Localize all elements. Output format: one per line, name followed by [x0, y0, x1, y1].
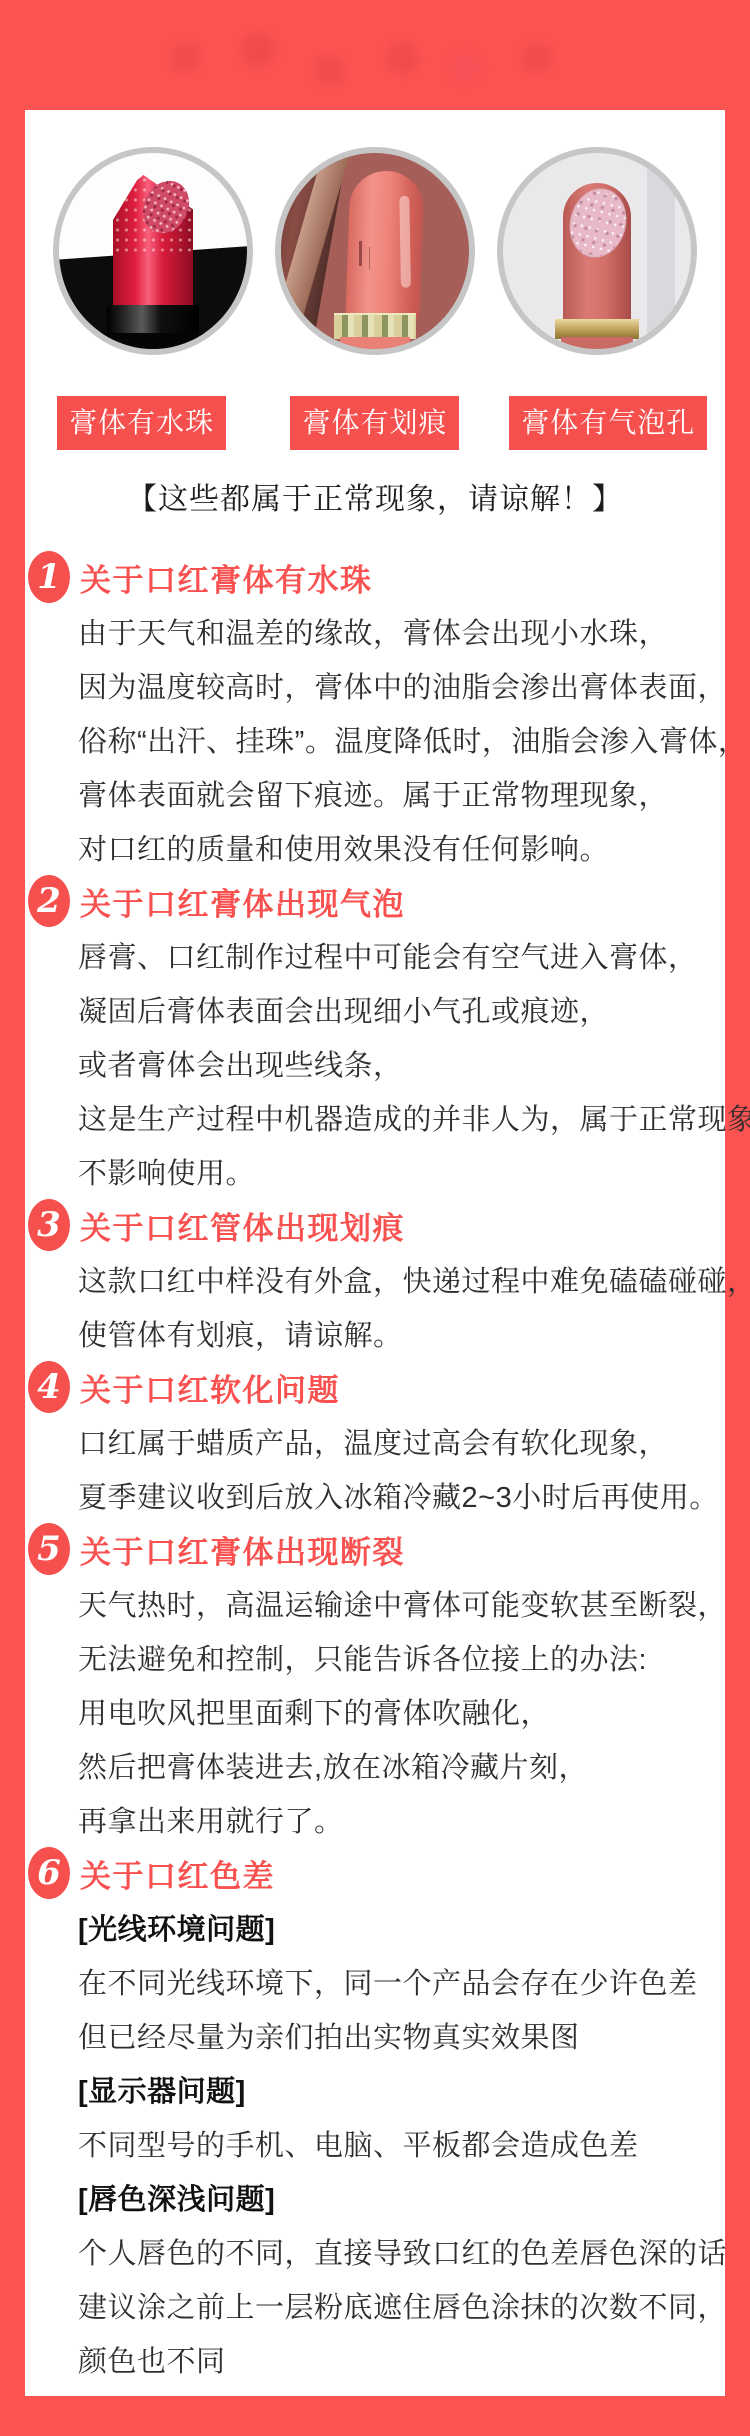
defect-photo-row	[25, 110, 725, 355]
section-1-title: 关于口红膏体有水珠	[80, 555, 373, 600]
defect-label-air-bubbles: 膏体有气泡孔	[509, 396, 707, 450]
body-line: 这是生产过程中机器造成的并非人为，属于正常现象，	[25, 1090, 725, 1144]
subhead-line: [显示器问题]	[25, 2062, 725, 2116]
lipstick-metal-ring	[334, 313, 416, 339]
faint-watermark	[150, 22, 600, 102]
body-line: 对口红的质量和使用效果没有任何影响。	[25, 820, 725, 874]
faq-sections: 1 关于口红膏体有水珠 由于天气和温差的缘故，膏体会出现小水珠， 因为温度较高时…	[25, 550, 725, 2386]
body-line: 建议涂之前上一层粉底遮住唇色涂抹的次数不同，	[25, 2278, 725, 2332]
body-line: 然后把膏体装进去,放在冰箱冷藏片刻，	[25, 1738, 725, 1792]
body-line: 这款口红中样没有外盒，快递过程中难免磕磕碰碰，	[25, 1252, 725, 1306]
section-3-number-badge: 3	[28, 1199, 70, 1251]
section-3-title: 关于口红管体出现划痕	[80, 1203, 405, 1248]
lipstick-faq-card: 膏体有水珠 膏体有划痕 膏体有气泡孔 【这些都属于正常现象，请谅解！】 1 关于…	[25, 110, 725, 2396]
body-line: 无法避免和控制，只能告诉各位接上的办法:	[25, 1630, 725, 1684]
section-5-heading: 5 关于口红膏体出现断裂	[25, 1522, 725, 1576]
section-1-heading: 1 关于口红膏体有水珠	[25, 550, 725, 604]
photo-lipstick-water-droplets	[53, 147, 253, 355]
body-line: 因为温度较高时，膏体中的油脂会渗出膏体表面，	[25, 658, 725, 712]
body-line: 不同型号的手机、电脑、平板都会造成色差	[25, 2116, 725, 2170]
lipstick-body	[345, 170, 424, 320]
section-2-heading: 2 关于口红膏体出现气泡	[25, 874, 725, 928]
section-1-number-badge: 1	[28, 551, 70, 603]
photo-lipstick-scratch	[275, 147, 475, 355]
body-line: 在不同光线环境下，同一个产品会存在少许色差	[25, 1954, 725, 2008]
section-5-number-badge: 5	[28, 1523, 70, 1575]
defect-label-water-droplets: 膏体有水珠	[57, 396, 226, 450]
section-4-number-badge: 4	[28, 1361, 70, 1413]
subhead-line: [光线环境问题]	[25, 1900, 725, 1954]
body-line: 夏季建议收到后放入冰箱冷藏2~3小时后再使用。	[25, 1468, 725, 1522]
body-line: 俗称“出汗、挂珠”。温度降低时，油脂会渗入膏体，	[25, 712, 725, 766]
section-3-heading: 3 关于口红管体出现划痕	[25, 1198, 725, 1252]
defect-label-scratch: 膏体有划痕	[290, 396, 459, 450]
section-6-title: 关于口红色差	[80, 1851, 275, 1896]
section-4-title: 关于口红软化问题	[80, 1365, 340, 1410]
body-line: 使管体有划痕，请谅解。	[25, 1306, 725, 1360]
normal-phenomena-note: 【这些都属于正常现象，请谅解！】	[25, 478, 725, 522]
body-line: 用电吹风把里面剩下的膏体吹融化，	[25, 1684, 725, 1738]
body-line: 个人唇色的不同，直接导致口红的色差唇色深的话	[25, 2224, 725, 2278]
lipstick-tube-base	[99, 333, 207, 355]
section-4-heading: 4 关于口红软化问题	[25, 1360, 725, 1414]
body-line: 口红属于蜡质产品，温度过高会有软化现象，	[25, 1414, 725, 1468]
body-line: 膏体表面就会留下痕迹。属于正常物理现象，	[25, 766, 725, 820]
lipstick-tube-cap	[107, 305, 199, 335]
section-2-title: 关于口红膏体出现气泡	[80, 879, 405, 924]
lipstick-scratch-mark	[359, 241, 362, 266]
section-2-number-badge: 2	[28, 875, 70, 927]
body-line: 再拿出来用就行了。	[25, 1792, 725, 1846]
tag-column: 膏体有气泡孔	[492, 396, 725, 450]
tag-column: 膏体有划痕	[258, 396, 491, 450]
defect-label-row: 膏体有水珠 膏体有划痕 膏体有气泡孔	[25, 396, 725, 450]
body-line: 颜色也不同	[25, 2332, 725, 2386]
body-line: 或者膏体会出现些线条，	[25, 1036, 725, 1090]
section-5-title: 关于口红膏体出现断裂	[80, 1527, 405, 1572]
tag-column: 膏体有水珠	[25, 396, 258, 450]
lipstick-tube-base	[561, 337, 633, 351]
body-line: 天气热时，高温运输途中膏体可能变软甚至断裂，	[25, 1576, 725, 1630]
lipstick-metal-ring	[555, 319, 639, 339]
section-6-heading: 6 关于口红色差	[25, 1846, 725, 1900]
body-line: 由于天气和温差的缘故，膏体会出现小水珠，	[25, 604, 725, 658]
body-line: 但已经尽量为亲们拍出实物真实效果图	[25, 2008, 725, 2062]
photo-lipstick-air-bubbles	[497, 147, 697, 355]
lipstick-tube-base	[340, 337, 410, 355]
body-line: 不影响使用。	[25, 1144, 725, 1198]
body-line: 凝固后膏体表面会出现细小气孔或痕迹，	[25, 982, 725, 1036]
subhead-line: [唇色深浅问题]	[25, 2170, 725, 2224]
body-line: 唇膏、口红制作过程中可能会有空气进入膏体，	[25, 928, 725, 982]
section-6-number-badge: 6	[28, 1847, 70, 1899]
